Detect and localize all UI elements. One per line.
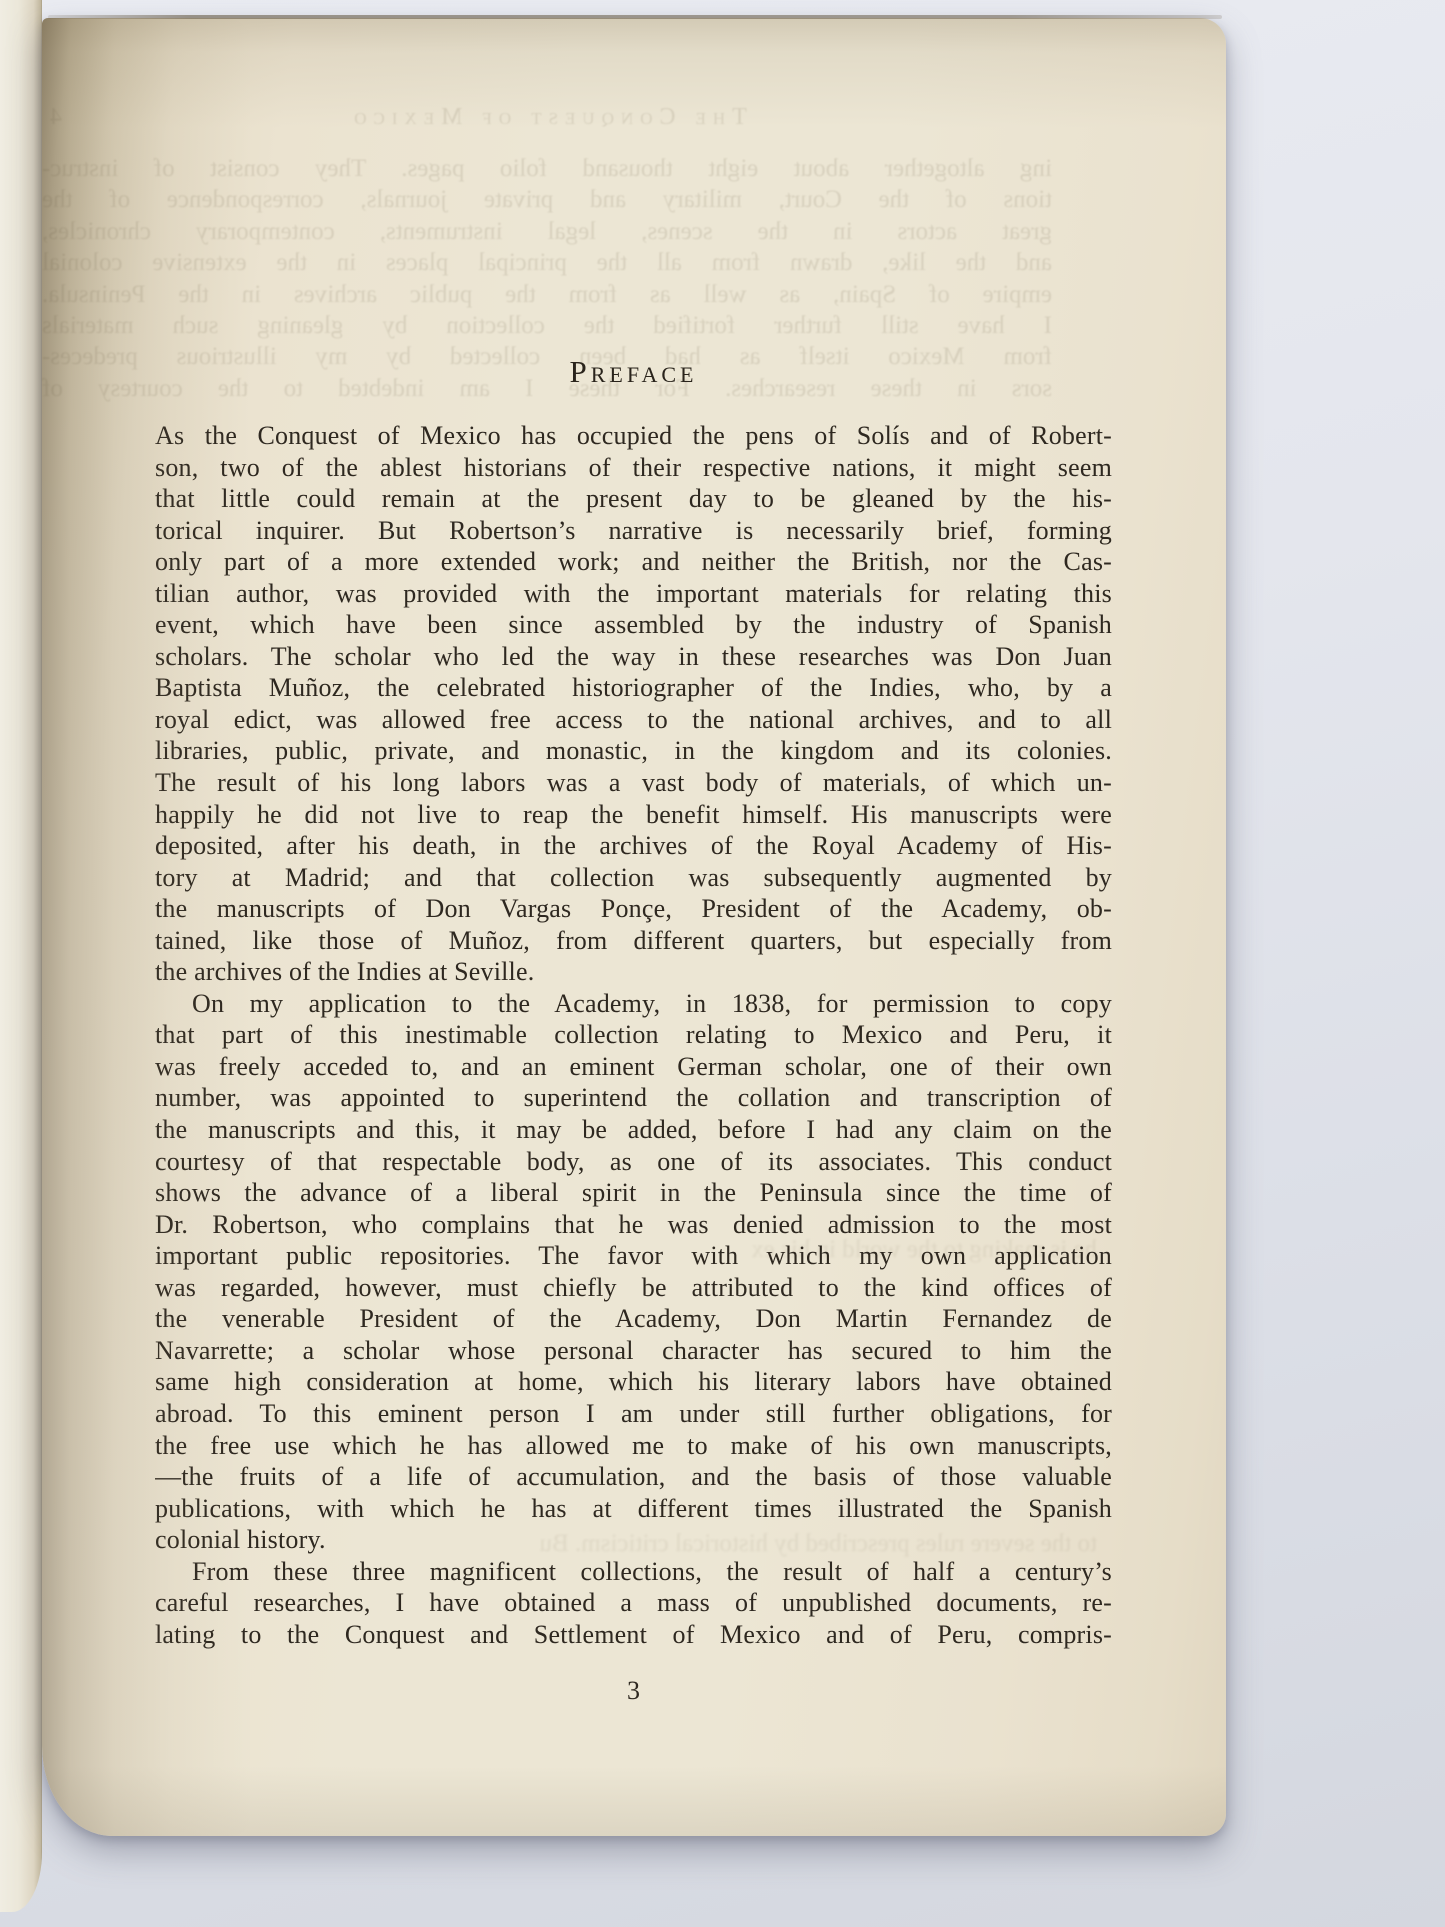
text-line: deposited, after his death, in the archi… — [155, 830, 1112, 862]
text-line: From these three magnificent collections… — [155, 1556, 1112, 1588]
facing-page-fore-edge — [0, 0, 42, 1912]
paragraph: On my application to the Academy, in 183… — [155, 988, 1112, 1556]
bleedthrough-folio: 4 — [50, 104, 62, 131]
text-line: careful researches, I have obtained a ma… — [155, 1587, 1112, 1619]
book-page: The Conquest of Mexico 4 ing altogether … — [42, 18, 1226, 1836]
printed-content: Preface As the Conquest of Mexico has oc… — [155, 354, 1112, 1706]
page-number: 3 — [155, 1676, 1112, 1706]
text-line: tory at Madrid; and that collection was … — [155, 862, 1112, 894]
text-line: Dr. Robertson, who complains that he was… — [155, 1209, 1112, 1241]
text-line: Navarrette; a scholar whose personal cha… — [155, 1335, 1112, 1367]
text-line: the free use which he has allowed me to … — [155, 1430, 1112, 1462]
text-line: torical inquirer. But Robertson’s narrat… — [155, 515, 1112, 547]
text-line: Baptista Muñoz, the celebrated historiog… — [155, 672, 1112, 704]
bleedthrough-line: great actors in the scenes, legal instru… — [42, 216, 1052, 247]
bleedthrough-line: and the like, drawn from all the princip… — [42, 247, 1052, 278]
page-heading: Preface — [155, 354, 1112, 390]
bleedthrough-line: ing altogether about eight thousand foli… — [42, 153, 1052, 184]
text-line: libraries, public, private, and monastic… — [155, 735, 1112, 767]
text-line: event, which have been since assembled b… — [155, 609, 1112, 641]
text-line: was freely acceded to, and an eminent Ge… — [155, 1051, 1112, 1083]
text-line: courtesy of that respectable body, as on… — [155, 1146, 1112, 1178]
bleedthrough-running-header: The Conquest of Mexico 4 — [42, 104, 1052, 131]
paragraph: As the Conquest of Mexico has occupied t… — [155, 420, 1112, 988]
text-line: As the Conquest of Mexico has occupied t… — [155, 420, 1112, 452]
bleedthrough-line: tions of the Court, military and private… — [42, 184, 1052, 215]
text-line: the archives of the Indies at Seville. — [155, 956, 1112, 988]
text-line: that little could remain at the present … — [155, 483, 1112, 515]
text-line: On my application to the Academy, in 183… — [155, 988, 1112, 1020]
text-line: happily he did not live to reap the bene… — [155, 799, 1112, 831]
text-line: abroad. To this eminent person I am unde… — [155, 1398, 1112, 1430]
text-line: tained, like those of Muñoz, from differ… — [155, 925, 1112, 957]
text-line: publications, with which he has at diffe… — [155, 1493, 1112, 1525]
preface-body: As the Conquest of Mexico has occupied t… — [155, 420, 1112, 1650]
bleedthrough-line: I have still further fortified the colle… — [42, 310, 1052, 341]
photo-of-book: { "photo": { "backdrop_color": "#e4e6ed"… — [0, 0, 1445, 1927]
text-line: The result of his long labors was a vast… — [155, 767, 1112, 799]
text-line: that part of this inestimable collection… — [155, 1019, 1112, 1051]
text-line: scholars. The scholar who led the way in… — [155, 641, 1112, 673]
text-line: colonial history. — [155, 1524, 1112, 1556]
text-line: same high consideration at home, which h… — [155, 1366, 1112, 1398]
text-line: lating to the Conquest and Settlement of… — [155, 1619, 1112, 1651]
bleedthrough-header-text: The Conquest of Mexico — [347, 104, 747, 130]
text-line: number, was appointed to superintend the… — [155, 1082, 1112, 1114]
text-line: shows the advance of a liberal spirit in… — [155, 1177, 1112, 1209]
text-line: important public repositories. The favor… — [155, 1240, 1112, 1272]
text-line: was regarded, however, must chiefly be a… — [155, 1272, 1112, 1304]
text-line: royal edict, was allowed free access to … — [155, 704, 1112, 736]
text-line: only part of a more extended work; and n… — [155, 546, 1112, 578]
text-line: the manuscripts of Don Vargas Ponçe, Pre… — [155, 893, 1112, 925]
text-line: the manuscripts and this, it may be adde… — [155, 1114, 1112, 1146]
text-line: the venerable President of the Academy, … — [155, 1303, 1112, 1335]
paragraph: From these three magnificent collections… — [155, 1556, 1112, 1651]
text-line: tilian author, was provided with the imp… — [155, 578, 1112, 610]
text-line: son, two of the ablest historians of the… — [155, 452, 1112, 484]
bleedthrough-line: empire of Spain, as well as from the pub… — [42, 279, 1052, 310]
text-line: —the fruits of a life of accumulation, a… — [155, 1461, 1112, 1493]
